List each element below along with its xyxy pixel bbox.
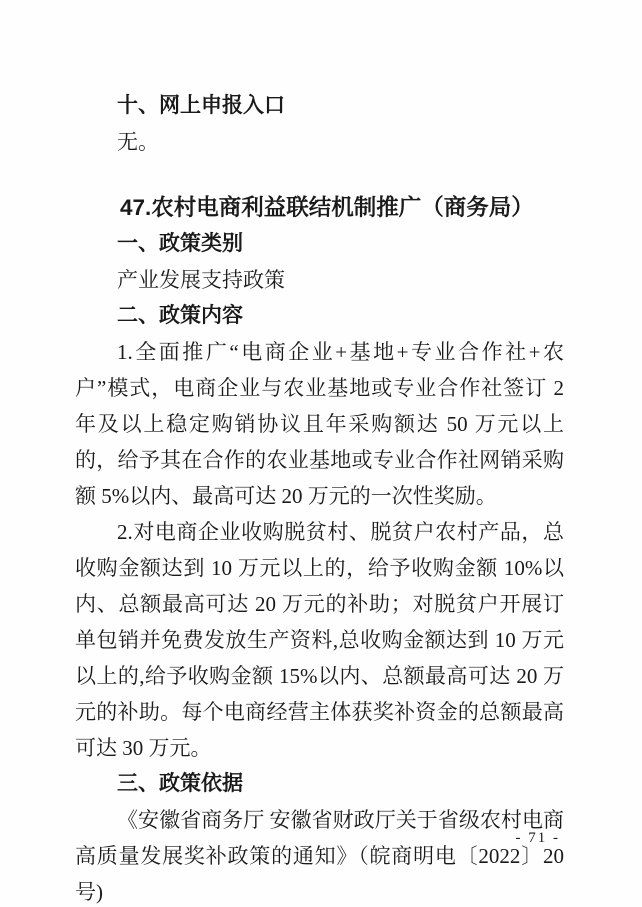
section-heading-policy-basis: 三、政策依据: [75, 766, 564, 802]
paragraph-policy-basis: 《安徽省商务厅 安徽省财政厅关于省级农村电商高质量发展奖补政策的通知》（皖商明电…: [75, 802, 564, 907]
document-page: 十、网上申报入口 无。 47.农村电商利益联结机制推广（商务局） 一、政策类别 …: [0, 0, 642, 907]
paragraph-policy-category: 产业发展支持政策: [75, 262, 564, 298]
page-content: 十、网上申报入口 无。 47.农村电商利益联结机制推广（商务局） 一、政策类别 …: [75, 88, 564, 907]
section-heading-online-application-portal: 十、网上申报入口: [75, 88, 564, 124]
paragraph-policy-content-1: 1.全面推广“电商企业+基地+专业合作社+农户”模式，电商企业与农业基地或专业合…: [75, 334, 564, 514]
paragraph-none: 无。: [75, 124, 564, 160]
paragraph-policy-content-2: 2.对电商企业收购脱贫村、脱贫户农村产品，总收购金额达到 10 万元以上的，给予…: [75, 514, 564, 766]
page-number: - 71 -: [516, 828, 561, 848]
section-heading-policy-content: 二、政策内容: [75, 298, 564, 334]
section-heading-policy-category: 一、政策类别: [75, 226, 564, 262]
policy-title: 47.农村电商利益联结机制推广（商务局）: [75, 190, 564, 226]
